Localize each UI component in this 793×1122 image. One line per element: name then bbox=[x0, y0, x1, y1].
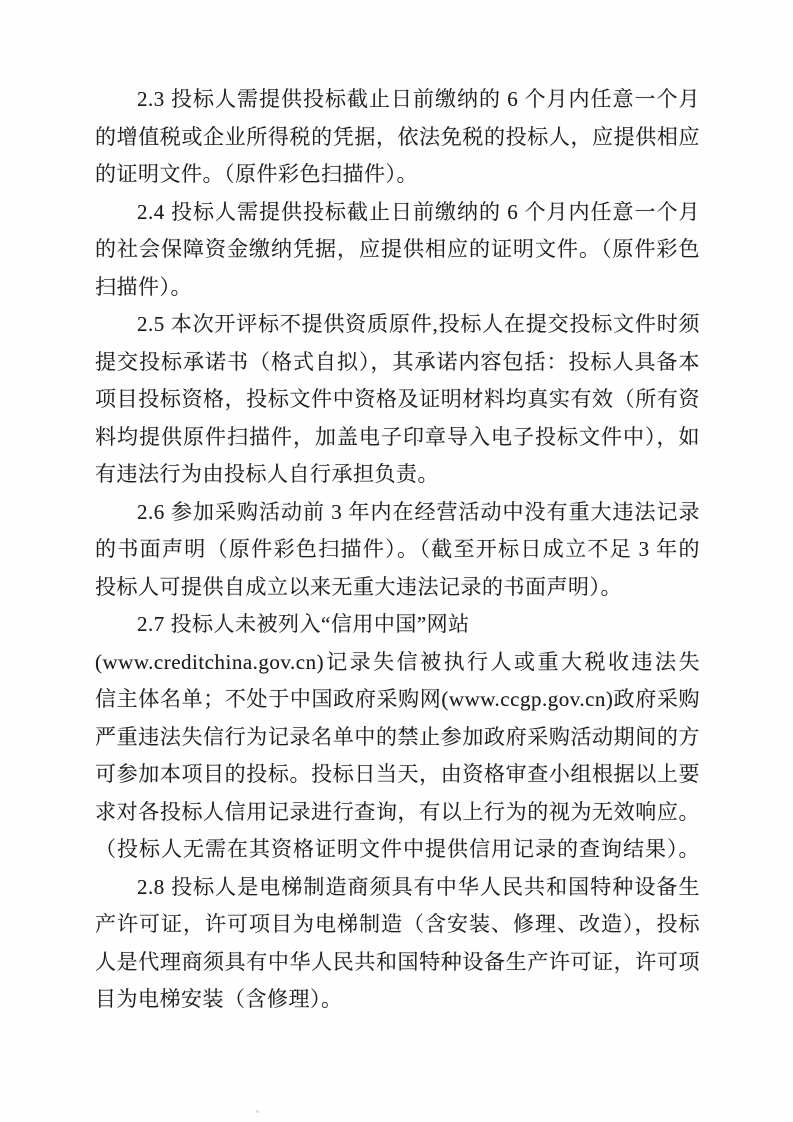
text-line: 可参加本项目的投标。投标日当天，由资格审查小组根据以上要 bbox=[95, 756, 700, 794]
text-line: 2.6 参加采购活动前 3 年内在经营活动中没有重大违法记录 bbox=[95, 494, 700, 532]
text-line: 2.4 投标人需提供投标截止日前缴纳的 6 个月内任意一个月 bbox=[95, 194, 700, 232]
text-line: 的证明文件。（原件彩色扫描件）。 bbox=[95, 156, 700, 194]
text-line: 的社会保障资金缴纳凭据，应提供相应的证明文件。（原件彩色 bbox=[95, 231, 700, 269]
text-line: 有违法行为由投标人自行承担负责。 bbox=[95, 456, 700, 494]
paragraph-2-8: 2.8 投标人是电梯制造商须具有中华人民共和国特种设备生 产许可证，许可项目为电… bbox=[95, 869, 700, 1019]
text-line: 信主体名单；不处于中国政府采购网(www.ccgp.gov.cn)政府采购 bbox=[95, 681, 700, 719]
text-line: 产许可证，许可项目为电梯制造（含安装、修理、改造），投标 bbox=[95, 906, 700, 944]
paragraph-2-4: 2.4 投标人需提供投标截止日前缴纳的 6 个月内任意一个月 的社会保障资金缴纳… bbox=[95, 194, 700, 307]
text-line: 提交投标承诺书（格式自拟），其承诺内容包括：投标人具备本 bbox=[95, 344, 700, 382]
text-line: 的书面声明（原件彩色扫描件）。（截至开标日成立不足 3 年的 bbox=[95, 531, 700, 569]
document-body: 2.3 投标人需提供投标截止日前缴纳的 6 个月内任意一个月 的增值税或企业所得… bbox=[0, 0, 793, 1019]
text-line: 投标人可提供自成立以来无重大违法记录的书面声明）。 bbox=[95, 569, 700, 607]
text-line: 严重违法失信行为记录名单中的禁止参加政府采购活动期间的方 bbox=[95, 719, 700, 757]
scanned-document-page: 2.3 投标人需提供投标截止日前缴纳的 6 个月内任意一个月 的增值税或企业所得… bbox=[0, 0, 793, 1122]
text-line: 料均提供原件扫描件，加盖电子印章导入电子投标文件中），如 bbox=[95, 419, 700, 457]
text-line: 2.3 投标人需提供投标截止日前缴纳的 6 个月内任意一个月 bbox=[95, 81, 700, 119]
text-line: (www.creditchina.gov.cn)记录失信被执行人或重大税收违法失 bbox=[95, 644, 700, 682]
text-line: 的增值税或企业所得税的凭据，依法免税的投标人，应提供相应 bbox=[95, 119, 700, 157]
scan-speck bbox=[256, 1110, 259, 1113]
paragraph-2-7: 2.7 投标人未被列入“信用中国”网站 (www.creditchina.gov… bbox=[95, 606, 700, 869]
text-line: 求对各投标人信用记录进行查询，有以上行为的视为无效响应。 bbox=[95, 794, 700, 832]
text-line: 项目投标资格，投标文件中资格及证明材料均真实有效（所有资 bbox=[95, 381, 700, 419]
paragraph-2-3: 2.3 投标人需提供投标截止日前缴纳的 6 个月内任意一个月 的增值税或企业所得… bbox=[95, 81, 700, 194]
text-line: 人是代理商须具有中华人民共和国特种设备生产许可证，许可项 bbox=[95, 944, 700, 982]
text-line: 目为电梯安装（含修理）。 bbox=[95, 981, 700, 1019]
paragraph-2-5: 2.5 本次开评标不提供资质原件,投标人在提交投标文件时须 提交投标承诺书（格式… bbox=[95, 306, 700, 494]
text-line: 2.5 本次开评标不提供资质原件,投标人在提交投标文件时须 bbox=[95, 306, 700, 344]
text-line: 扫描件）。 bbox=[95, 269, 700, 307]
text-line: 2.8 投标人是电梯制造商须具有中华人民共和国特种设备生 bbox=[95, 869, 700, 907]
text-line: （投标人无需在其资格证明文件中提供信用记录的查询结果）。 bbox=[95, 831, 700, 869]
paragraph-2-6: 2.6 参加采购活动前 3 年内在经营活动中没有重大违法记录 的书面声明（原件彩… bbox=[95, 494, 700, 607]
text-line: 2.7 投标人未被列入“信用中国”网站 bbox=[95, 606, 700, 644]
